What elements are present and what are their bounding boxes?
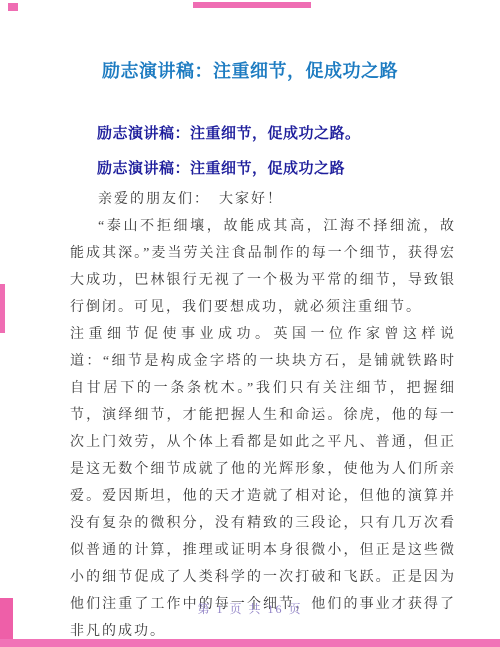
paragraph-taishan-quote: “泰山不拒细壤，故能成其高，江海不择细流，故能成其深。”麦当劳关注食品制作的每一… bbox=[70, 213, 456, 321]
subtitle-line-2: 励志演讲稿：注重细节，促成功之路 bbox=[97, 159, 500, 179]
paragraph-greeting: 亲爱的朋友们： 大家好！ bbox=[70, 186, 456, 213]
document-body: 亲爱的朋友们： 大家好！ “泰山不拒细壤，故能成其高，江海不择细流，故能成其深。… bbox=[70, 186, 456, 645]
pink-edge-mark-top-left bbox=[8, 3, 18, 11]
document-page: 励志演讲稿：注重细节，促成功之路 励志演讲稿：注重细节，促成功之路。 励志演讲稿… bbox=[0, 0, 500, 647]
page-number: 第 1 页 共 16 页 bbox=[0, 600, 500, 617]
page-title: 励志演讲稿：注重细节，促成功之路 bbox=[0, 0, 500, 84]
pink-edge-mark-left bbox=[0, 284, 5, 333]
subtitle-line-1: 励志演讲稿：注重细节，促成功之路。 bbox=[97, 124, 500, 144]
paragraph-detail-success: 注重细节促使事业成功。英国一位作家曾这样说道：“细节是构成金字塔的一块块方石，是… bbox=[70, 321, 456, 645]
pink-edge-mark-top-center bbox=[193, 2, 311, 8]
pink-edge-mark-bottom-bar bbox=[0, 639, 500, 647]
